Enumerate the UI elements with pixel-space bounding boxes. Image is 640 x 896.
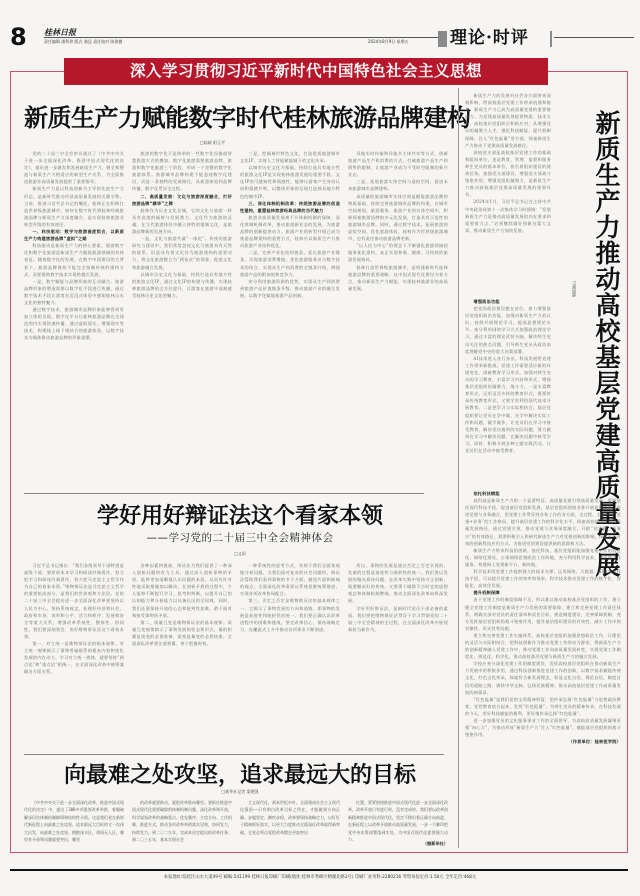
author-affiliation: （作者单位：桂林医学院） [465,738,621,745]
masthead-rule [44,37,444,38]
article-divider [24,754,444,755]
article1-column-4: 异地实时传输和异地多主体共享等方式，创新旅游产品生产和消费的方式，打破旅游产品生… [348,150,448,490]
column-divider [458,88,459,848]
section-rule [554,37,634,38]
right-article-upper-text: 新质生产力的发展对社会各方面带来深刻影响，给高校基层党建工作带来机遇和挑战。新质… [465,92,551,297]
section-bar-right [550,31,552,47]
article3-author: □新华社记者 梁建强 [24,789,456,795]
subheading: 依托科技赋能 [465,490,621,497]
article2-title: 学好用好辩证法这个看家本领 [24,499,456,530]
article3-source: （据新华社） [348,841,448,847]
article-divider [24,493,424,494]
article1-column-3: 三是，挖掘城市特色文化，打造优质旅游城市文化IP，实现人工智能赋能城下的文化传承… [240,150,340,490]
article3-column-2: 的改革就要推动，就把改革推向哪里。要抓住推进中国式现代化需要破除的体制机制问题，… [132,799,232,849]
article3-column-1: 《中共中央关于进一步全面深化改革、推进中国式现代化的决定》中，提出了300多项重… [24,799,124,849]
subheading: 提升机制保障 [465,589,621,596]
article2-column-1: 习近平总书记指出：“我们各级领导干部特别是高级干部，要原原本本学习和研读经典著作… [24,562,124,750]
article3-title: 向最难之处攻坚，追求最远大的目标 [24,758,456,789]
subheading: 一、科技驱动：数字与旅游高度契合，以新质生产力构建旅游品牌“虚拟”之路 [24,228,124,242]
article2-column-3: 一种系统性的思考方式，有助于我们全面客观地分析问题。当我们面对复杂的社会问题时，… [240,562,340,750]
right-article-lower-text: 依托科技赋能 高科技是新质生产力的一个显著特征。高质量党建引领高质量发展，需要依… [465,490,621,845]
page-number: 8 [10,25,27,49]
section-bar-left [438,31,447,47]
article1-author: □陆斌 阳玉平 [200,140,225,146]
article3-column-3: 主义现代化，到本世纪中叶，全面建成社会主义现代化强国——只有明白改革目标之所在，… [240,799,340,849]
right-article-author: □潘旭静 [571,280,577,297]
article2-column-4: 所以，事物的发展是通过否定之否定实现的，发展的过程是前进性与曲折性的统一。我们要… [348,562,448,750]
right-article-section-1: 增强政治功能 把党的政治建设摆在首位，着力增强基层党组织政治功能，加强对新质生产… [465,298,551,490]
subheading: 增强政治功能 [465,298,551,305]
footer-imprint: 本报地址:临桂区山水大道49号 邮编:541199 桂林日报印刷厂印刷(地址:桂… [0,874,640,880]
newspaper-page: 8 桂林日报 责任编辑 潘利珍 版式 骆昆 责任校对 陈建德 2024年8月9日… [0,0,640,896]
article1-column-1: 党的二十届三中全会审议通过了《中共中央关于进一步全面深化改革、推进中国式现代化的… [24,150,124,490]
footer-rule [10,869,628,871]
article1-column-2: 旅游的数字化不是简单的一些数字化设施或智慧旅游方式的叠加，数字化旅游需要旅游品牌… [132,150,232,490]
article2-author: □文雨 [24,551,456,557]
masthead: 8 桂林日报 责任编辑 潘利珍 版式 骆昆 责任校对 陈建德 2024年8月9日… [8,27,633,49]
subheading: 三、深化体制机制改革：传统旅游品牌的创造性建构，重塑桂林旅游经典品牌的当代魅力 [240,200,340,214]
section-title: 理论·时评 [450,29,529,47]
theme-banner: 深入学习贯彻习近平新时代中国特色社会主义思想 [64,58,548,85]
editor-credits: 责任编辑 潘利珍 版式 骆昆 责任校对 陈建德 [44,39,122,45]
article2-subtitle: ——学习党的二十届三中全会精神体会 [24,530,456,545]
article1-title: 新质生产力赋能数字时代桂林旅游品牌建构 [24,98,456,133]
article3-column-4: 位置，紧紧围绕推进中国式现代化进一步全面深化改革。改革开放只有进行时，没有完成时… [348,799,448,841]
issue-date: 2024年8月9日 星期五 [368,39,409,45]
subheading: 二、高质量发展：文化与旅游深度融合，打好旅游品牌“精华”之牌 [132,193,232,207]
article2-column-2: 各种因素和挑战，辩证法为我们提供了一种深入剖析问题的有力工具。通过深入剖析事物的… [132,562,232,750]
